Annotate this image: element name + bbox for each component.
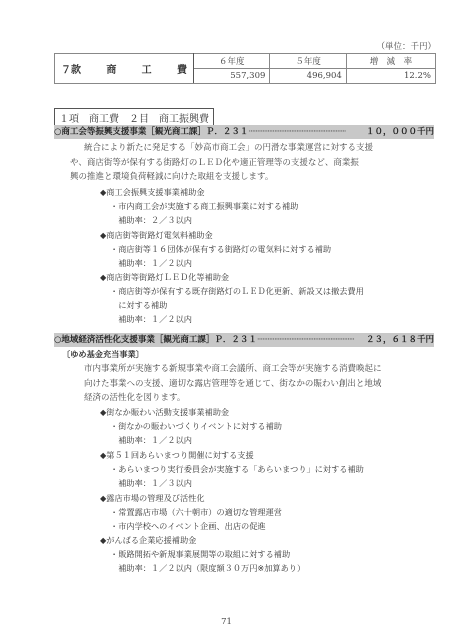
- description-line: 統合により新たに発足する「妙高市商工会」の円滑な事業運営に対する支援: [84, 141, 373, 156]
- item-title: ◆街なか賑わい活動支援事業補助金: [100, 406, 229, 419]
- item-line: 補助率：１／２以内: [110, 313, 192, 326]
- item-line: ・あらいまつり実行委員会が実施する「あらいまつり」に対する補助: [110, 463, 364, 476]
- leader-dots: ········································…: [248, 125, 366, 139]
- item-line: に対する補助: [110, 299, 167, 312]
- item-line: ・商店街等１６団体が保有する街路灯の電気料に対する補助: [110, 243, 331, 256]
- value-fy6: 557,309: [194, 69, 270, 84]
- budget-title: ７款 商 工 費: [55, 54, 194, 84]
- budget-title-part: 商: [106, 61, 116, 76]
- item-title: ◆商店街等街路灯ＬＥＤ化等補助金: [100, 271, 229, 284]
- item-line: 補助率：１／２以内: [110, 434, 192, 447]
- budget-table: ７款 商 工 費 ６年度 ５年度 増 減 率 557,309 496,904 1…: [54, 53, 436, 84]
- item-line: ・市内商工会が実施する商工振興事業に対する補助: [110, 200, 298, 213]
- header-change-rate: 増 減 率: [346, 54, 435, 69]
- item-line: 補助率：１／２以内: [110, 257, 192, 270]
- item-line: ・街なかの賑わいづくりイベントに対する補助: [110, 420, 282, 433]
- item-title: ◆商店街等街路灯電気料補助金: [100, 229, 213, 242]
- item-line: ・市内学校へのイベント企画、出店の促進: [110, 520, 266, 533]
- item-title: ◆商工会振興支援事業補助金: [100, 186, 205, 199]
- project-amount: ２３，６１８千円: [366, 333, 434, 347]
- item-title: ◆露店市場の管理及び活性化: [100, 492, 205, 505]
- item-line: 補助率：２／３以内: [110, 214, 192, 227]
- project-header: ○商工会等振興支援事業［観光商工課］Ｐ．２３１ ················…: [54, 125, 434, 139]
- project-name: ○地域経済活性化支援事業［観光商工課］Ｐ．２３１: [54, 333, 257, 347]
- project-name: ○商工会等振興支援事業［観光商工課］Ｐ．２３１: [54, 125, 248, 139]
- description-line: 市内事業所が実施する新規事業や商工会議所、商工会等が実施する消費喚起に: [84, 362, 382, 377]
- value-change-rate: 12.2%: [346, 69, 435, 84]
- item-title: ◆第５１回あらいまつり開催に対する支援: [100, 449, 254, 462]
- project-subnote: 〔ゆめ基金充当事業〕: [62, 348, 144, 361]
- description-line: 興の推進と環境負荷軽減に向けた取組を支援します。: [70, 170, 373, 185]
- project-header: ○地域経済活性化支援事業［観光商工課］Ｐ．２３１ ···············…: [54, 333, 434, 347]
- page-number: 71: [0, 617, 453, 627]
- budget-title-part: ７款: [61, 61, 81, 76]
- project-amount: １０，０００千円: [366, 125, 434, 139]
- item-line: ・常置露店市場（六十朝市）の適切な管理運営: [110, 506, 282, 519]
- item-line: 補助率：１／３以内: [110, 477, 192, 490]
- header-fy5: ５年度: [270, 54, 346, 69]
- leader-dots: ········································…: [257, 333, 366, 347]
- item-line: ・販路開拓や新規事業展開等の取組に対する補助: [110, 548, 290, 561]
- project-description: 統合により新たに発足する「妙高市商工会」の円滑な事業運営に対する支援 や、商店街…: [84, 141, 373, 185]
- budget-title-part: 費: [177, 61, 187, 76]
- budget-title-part: 工: [142, 61, 152, 76]
- project-description: 市内事業所が実施する新規事業や商工会議所、商工会等が実施する消費喚起に 向けた事…: [84, 362, 382, 406]
- description-line: 向けた事業への支援、適切な露店管理等を通じて、街なかの賑わい創出と地域: [84, 377, 382, 392]
- description-line: 経済の活性化を図ります。: [84, 391, 382, 406]
- value-fy5: 496,904: [270, 69, 346, 84]
- item-line: ・商店街等が保有する既存街路灯のＬＥＤ化更新、新設又は撤去費用: [110, 285, 364, 298]
- item-title: ◆がんばる企業応援補助金: [100, 534, 196, 547]
- header-fy6: ６年度: [194, 54, 270, 69]
- item-line: 補助率：１／２以内（限度額３０万円※加算あり）: [110, 562, 305, 575]
- unit-label: （単位：千円）: [340, 40, 436, 52]
- description-line: や、商店街等が保有する街路灯のＬＥＤ化や適正管理等の支援など、商業振: [70, 156, 373, 171]
